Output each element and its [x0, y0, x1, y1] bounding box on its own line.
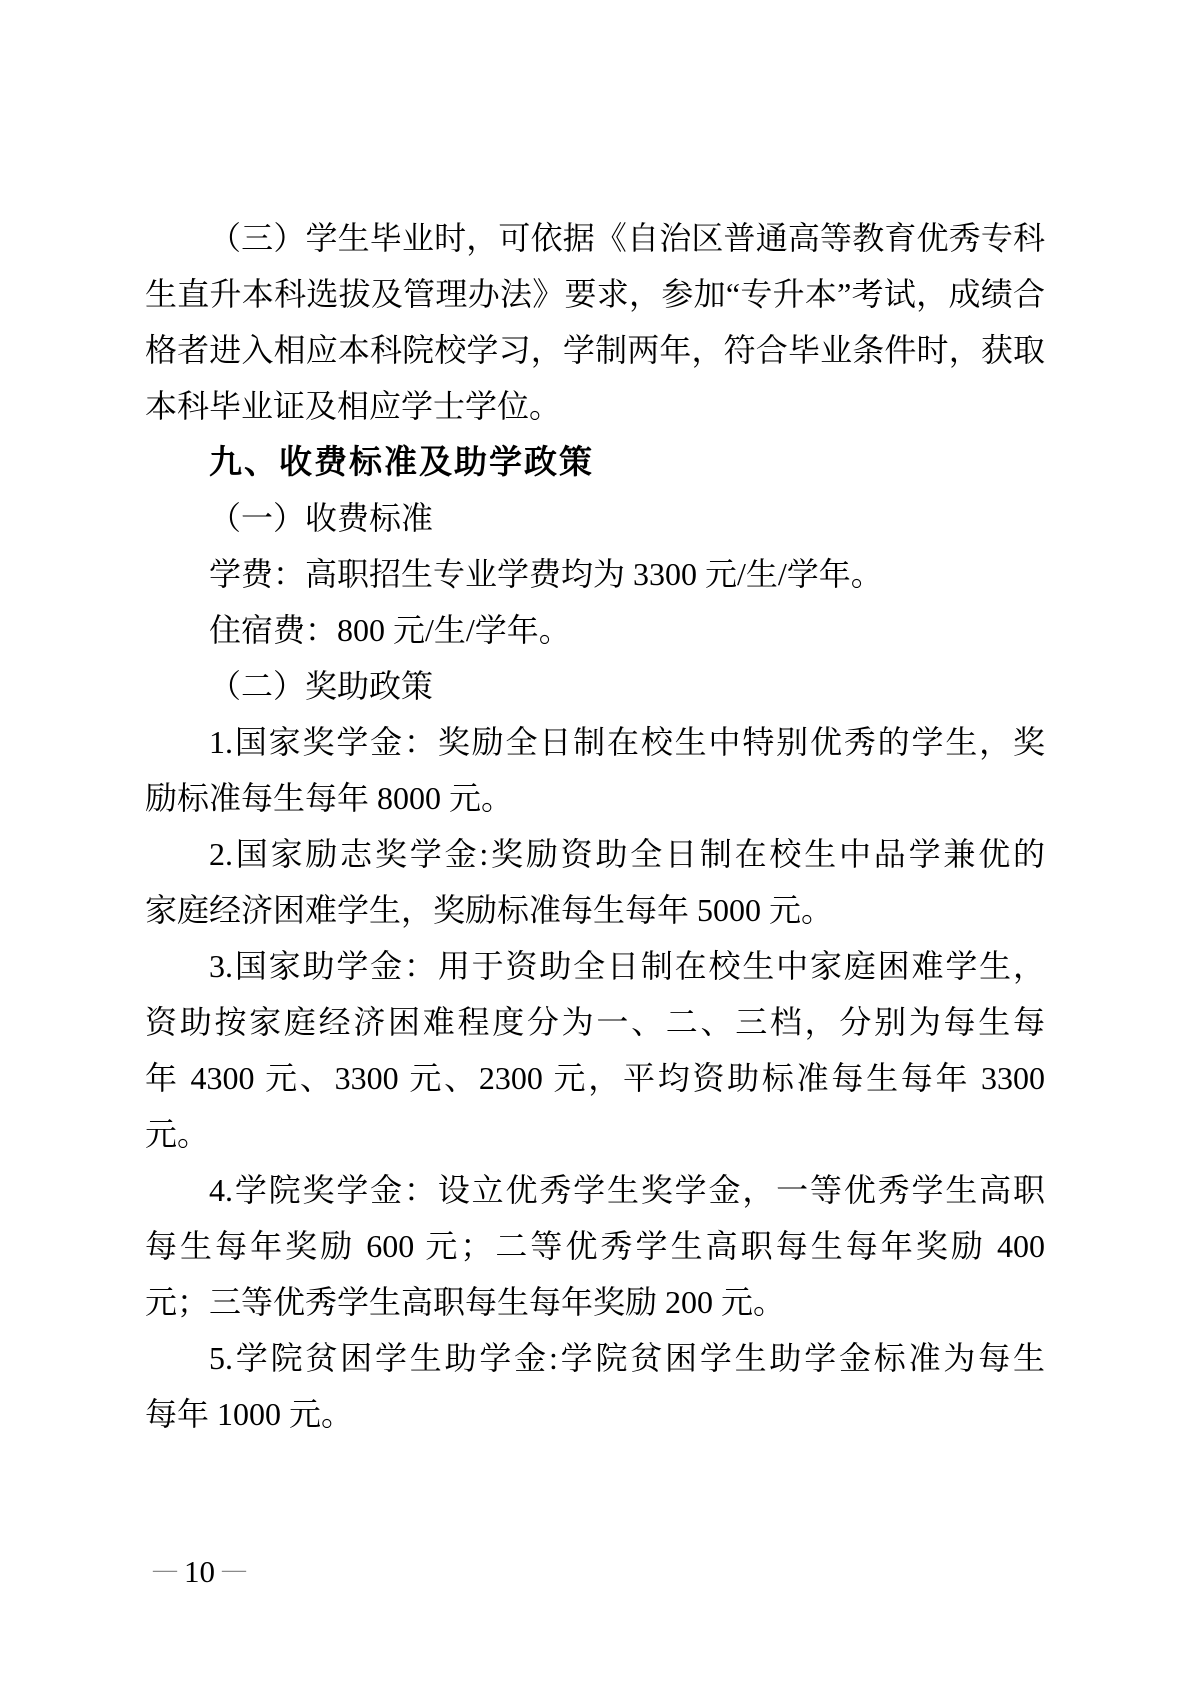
text-line: 家庭经济困难学生，奖励标准每生每年 5000 元。: [145, 882, 1045, 938]
text-line: 每年 1000 元。: [145, 1386, 1045, 1442]
text-line: 学费：高职招生专业学费均为 3300 元/生/学年。: [145, 546, 1045, 602]
page-footer: — 10 —: [153, 1552, 246, 1592]
footer-dash-left: —: [153, 1550, 177, 1590]
text-line: 住宿费：800 元/生/学年。: [145, 602, 1045, 658]
text-line: 格者进入相应本科院校学习，学制两年，符合毕业条件时，获取: [145, 322, 1045, 378]
text-line: 每生每年奖励 600 元；二等优秀学生高职每生每年奖励 400: [145, 1218, 1045, 1274]
footer-dash-right: —: [222, 1550, 246, 1590]
text-line: （三）学生毕业时，可依据《自治区普通高等教育优秀专科: [145, 210, 1045, 266]
document-page: （三）学生毕业时，可依据《自治区普通高等教育优秀专科 生直升本科选拔及管理办法》…: [0, 0, 1191, 1684]
document-body: （三）学生毕业时，可依据《自治区普通高等教育优秀专科 生直升本科选拔及管理办法》…: [145, 210, 1045, 1442]
text-line: 1.国家奖学金：奖励全日制在校生中特别优秀的学生，奖: [145, 714, 1045, 770]
text-line: （二）奖助政策: [145, 658, 1045, 714]
text-line: 资助按家庭经济困难程度分为一、二、三档，分别为每生每: [145, 994, 1045, 1050]
paragraph-accommodation: 住宿费：800 元/生/学年。: [145, 602, 1045, 658]
paragraph-encouragement-scholarship: 2.国家励志奖学金:奖励资助全日制在校生中品学兼优的 家庭经济困难学生，奖励标准…: [145, 826, 1045, 938]
text-line: 3.国家助学金：用于资助全日制在校生中家庭困难学生，: [145, 938, 1045, 994]
text-line: （一）收费标准: [145, 490, 1045, 546]
paragraph-tuition: 学费：高职招生专业学费均为 3300 元/生/学年。: [145, 546, 1045, 602]
text-line: 2.国家励志奖学金:奖励资助全日制在校生中品学兼优的: [145, 826, 1045, 882]
text-line: 本科毕业证及相应学士学位。: [145, 378, 1045, 434]
text-line: 元。: [145, 1106, 1045, 1162]
page-number: 10: [184, 1552, 215, 1592]
paragraph-national-grant: 3.国家助学金：用于资助全日制在校生中家庭困难学生， 资助按家庭经济困难程度分为…: [145, 938, 1045, 1162]
paragraph-graduation: （三）学生毕业时，可依据《自治区普通高等教育优秀专科 生直升本科选拔及管理办法》…: [145, 210, 1045, 434]
paragraph-college-scholarship: 4.学院奖学金：设立优秀学生奖学金，一等优秀学生高职 每生每年奖励 600 元；…: [145, 1162, 1045, 1330]
text-line: 励标准每生每年 8000 元。: [145, 770, 1045, 826]
subheading-fees: （一）收费标准: [145, 490, 1045, 546]
text-line: 生直升本科选拔及管理办法》要求，参加“专升本”考试，成绩合: [145, 266, 1045, 322]
paragraph-national-scholarship: 1.国家奖学金：奖励全日制在校生中特别优秀的学生，奖 励标准每生每年 8000 …: [145, 714, 1045, 826]
text-line: 元；三等优秀学生高职每生每年奖励 200 元。: [145, 1274, 1045, 1330]
text-line: 5.学院贫困学生助学金:学院贫困学生助学金标准为每生: [145, 1330, 1045, 1386]
subheading-aid-policy: （二）奖助政策: [145, 658, 1045, 714]
text-line: 年 4300 元、3300 元、2300 元，平均资助标准每生每年 3300: [145, 1050, 1045, 1106]
text-line: 4.学院奖学金：设立优秀学生奖学金，一等优秀学生高职: [145, 1162, 1045, 1218]
section-heading: 九、收费标准及助学政策: [145, 434, 1045, 490]
paragraph-poverty-grant: 5.学院贫困学生助学金:学院贫困学生助学金标准为每生 每年 1000 元。: [145, 1330, 1045, 1442]
